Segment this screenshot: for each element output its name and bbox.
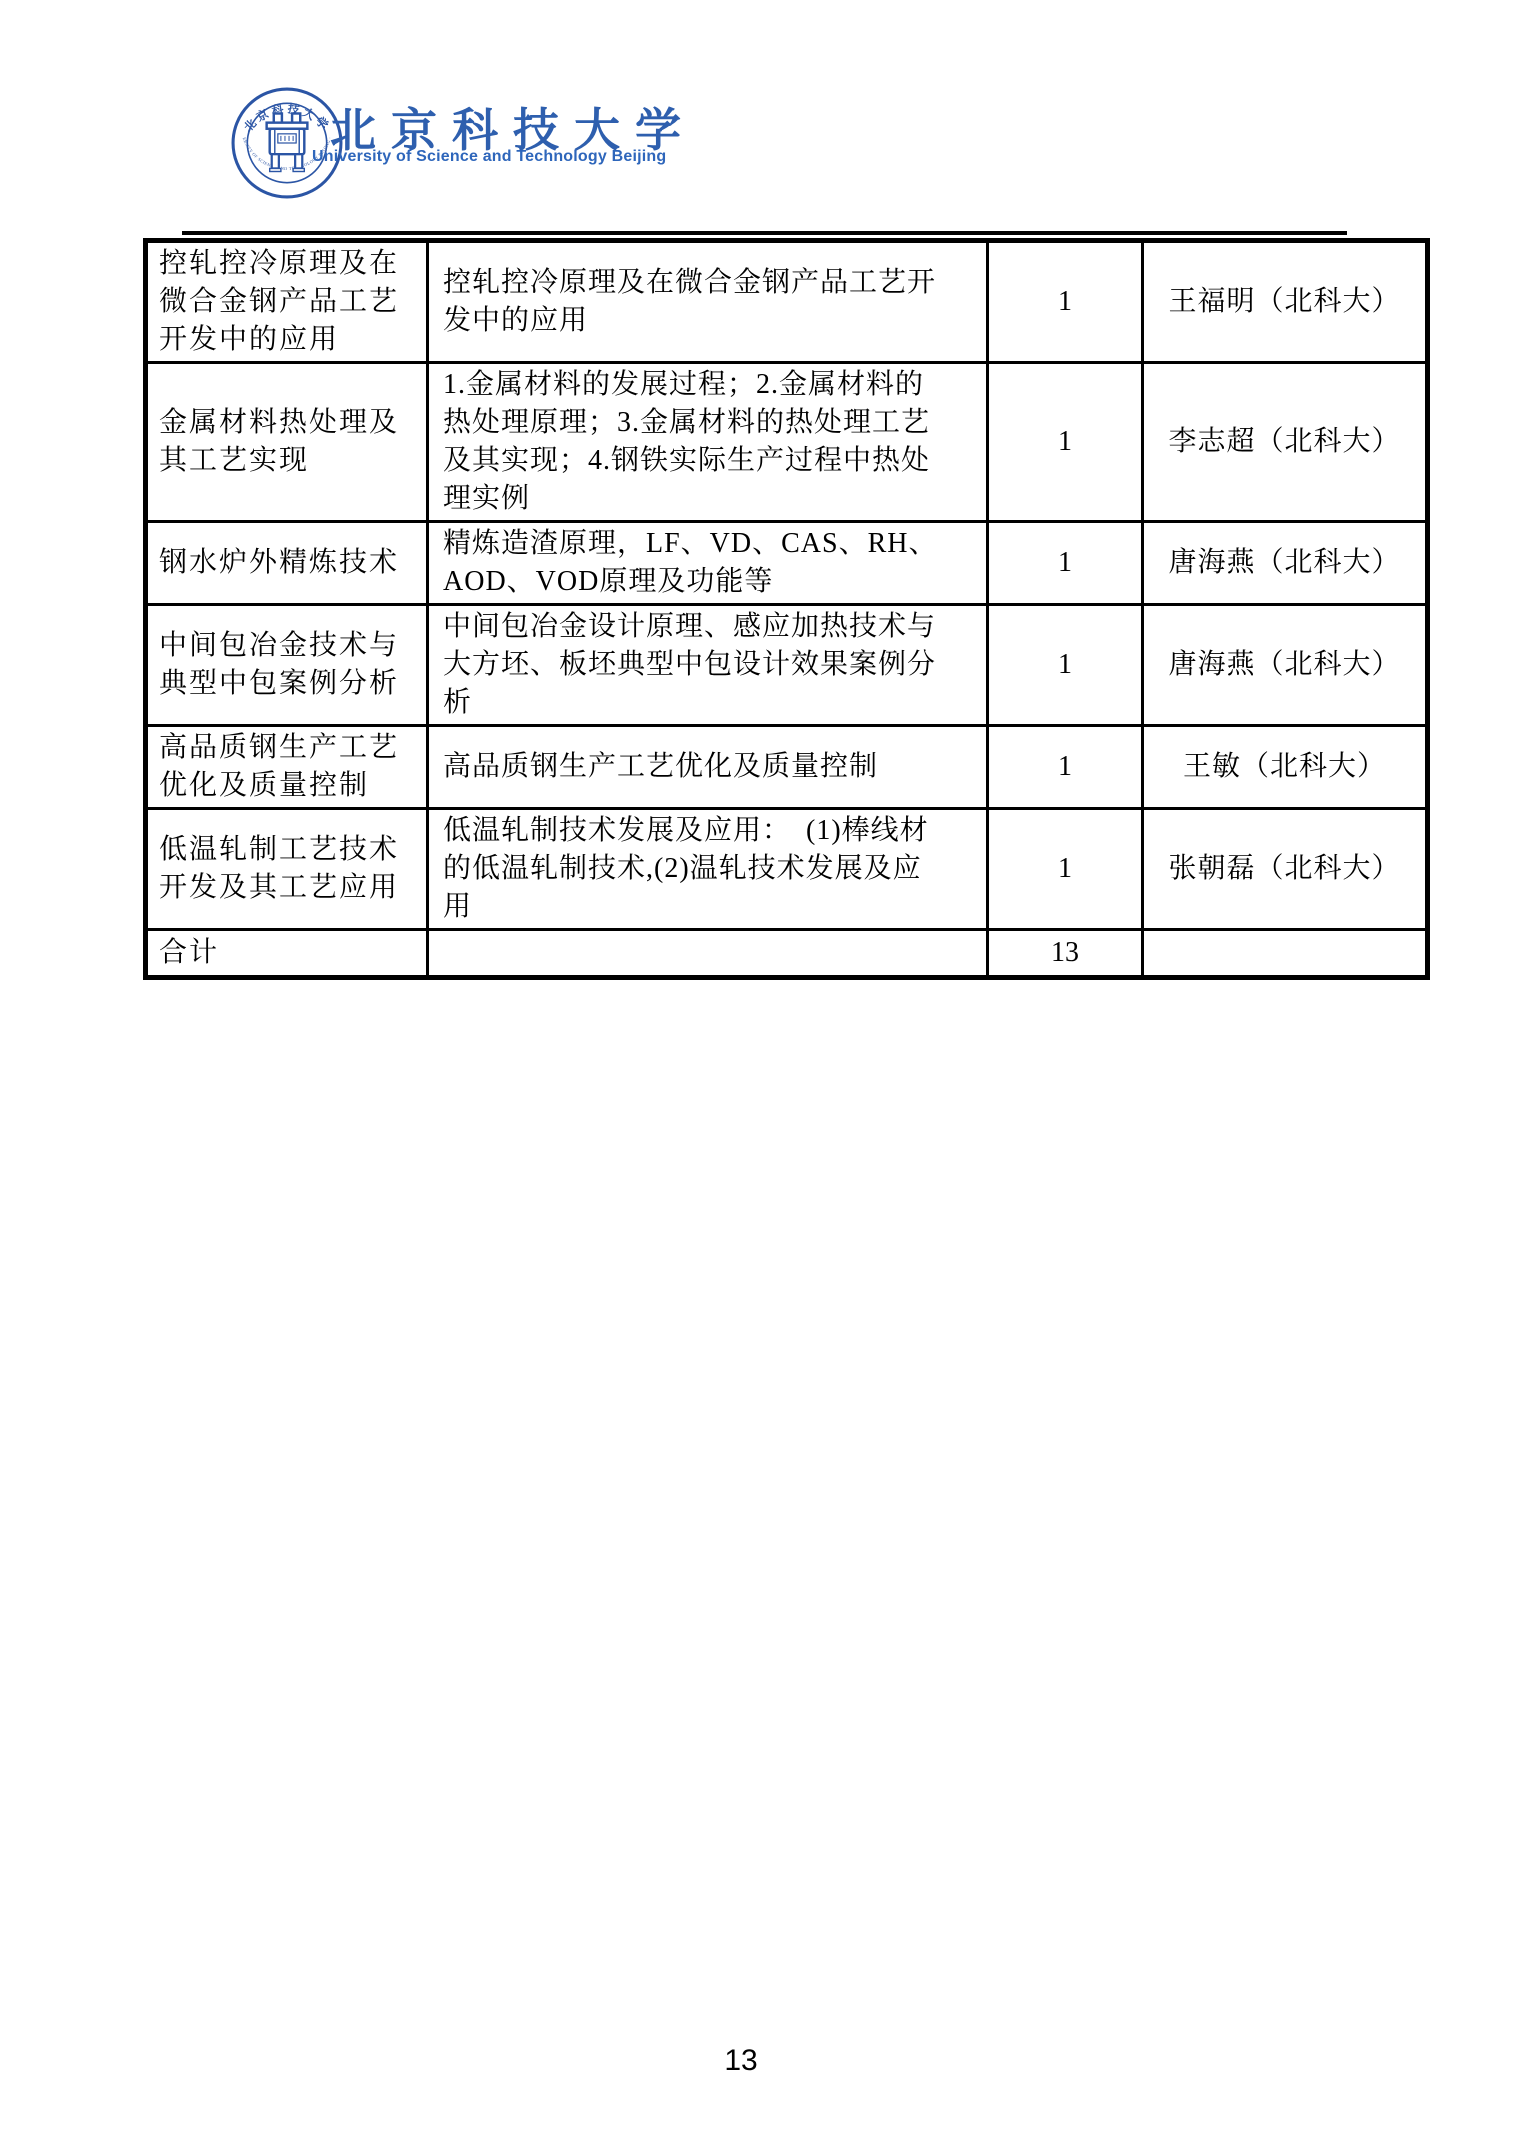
total-count-cell: 13 — [988, 930, 1143, 978]
speaker-cell: 王敏（北科大） — [1143, 726, 1428, 809]
course-content-cell: 高品质钢生产工艺优化及质量控制 — [428, 726, 988, 809]
course-name-cell: 中间包冶金技术与 典型中包案例分析 — [146, 605, 428, 726]
page-number: 13 — [0, 2044, 1482, 2078]
course-name-cell: 控轧控冷原理及在 微合金钢产品工艺 开发中的应用 — [146, 241, 428, 363]
page-header: 北京科技大学 UNIVERSITY OF SCIENCE AND TECHNOL… — [0, 0, 1522, 230]
university-name-en: University of Science and Technology Bei… — [312, 148, 666, 166]
course-name-cell: 钢水炉外精炼技术 — [146, 522, 428, 605]
course-content-cell: 1.金属材料的发展过程；2.金属材料的 热处理原理；3.金属材料的热处理工艺 及… — [428, 363, 988, 522]
course-content-cell: 中间包冶金设计原理、感应加热技术与 大方坯、板坯典型中包设计效果案例分 析 — [428, 605, 988, 726]
course-content-cell: 低温轧制技术发展及应用： (1)棒线材 的低温轧制技术,(2)温轧技术发展及应 … — [428, 809, 988, 930]
table-row: 高品质钢生产工艺 优化及质量控制 高品质钢生产工艺优化及质量控制 1 王敏（北科… — [146, 726, 1428, 809]
course-name-cell: 高品质钢生产工艺 优化及质量控制 — [146, 726, 428, 809]
course-name-cell: 金属材料热处理及 其工艺实现 — [146, 363, 428, 522]
course-content-cell: 控轧控冷原理及在微合金钢产品工艺开 发中的应用 — [428, 241, 988, 363]
speaker-cell: 唐海燕（北科大） — [1143, 605, 1428, 726]
table-row: 控轧控冷原理及在 微合金钢产品工艺 开发中的应用 控轧控冷原理及在微合金钢产品工… — [146, 241, 1428, 363]
total-label-cell: 合计 — [146, 930, 428, 978]
course-content-cell: 精炼造渣原理，LF、VD、CAS、RH、 AOD、VOD原理及功能等 — [428, 522, 988, 605]
count-cell: 1 — [988, 726, 1143, 809]
table-row: 金属材料热处理及 其工艺实现 1.金属材料的发展过程；2.金属材料的 热处理原理… — [146, 363, 1428, 522]
count-cell: 1 — [988, 605, 1143, 726]
speaker-cell: 王福明（北科大） — [1143, 241, 1428, 363]
total-row: 合计 13 — [146, 930, 1428, 978]
header-divider-line — [182, 231, 1347, 235]
empty-cell — [428, 930, 988, 978]
empty-cell — [1143, 930, 1428, 978]
table-row: 钢水炉外精炼技术 精炼造渣原理，LF、VD、CAS、RH、 AOD、VOD原理及… — [146, 522, 1428, 605]
count-cell: 1 — [988, 241, 1143, 363]
count-cell: 1 — [988, 809, 1143, 930]
speaker-cell: 李志超（北科大） — [1143, 363, 1428, 522]
count-cell: 1 — [988, 363, 1143, 522]
table-row: 中间包冶金技术与 典型中包案例分析 中间包冶金设计原理、感应加热技术与 大方坯、… — [146, 605, 1428, 726]
university-seal-logo: 北京科技大学 UNIVERSITY OF SCIENCE AND TECHNOL… — [230, 86, 344, 200]
course-name-cell: 低温轧制工艺技术 开发及其工艺应用 — [146, 809, 428, 930]
lecture-schedule-table: 控轧控冷原理及在 微合金钢产品工艺 开发中的应用 控轧控冷原理及在微合金钢产品工… — [143, 238, 1430, 980]
speaker-cell: 唐海燕（北科大） — [1143, 522, 1428, 605]
count-cell: 1 — [988, 522, 1143, 605]
speaker-cell: 张朝磊（北科大） — [1143, 809, 1428, 930]
table-row: 低温轧制工艺技术 开发及其工艺应用 低温轧制技术发展及应用： (1)棒线材 的低… — [146, 809, 1428, 930]
